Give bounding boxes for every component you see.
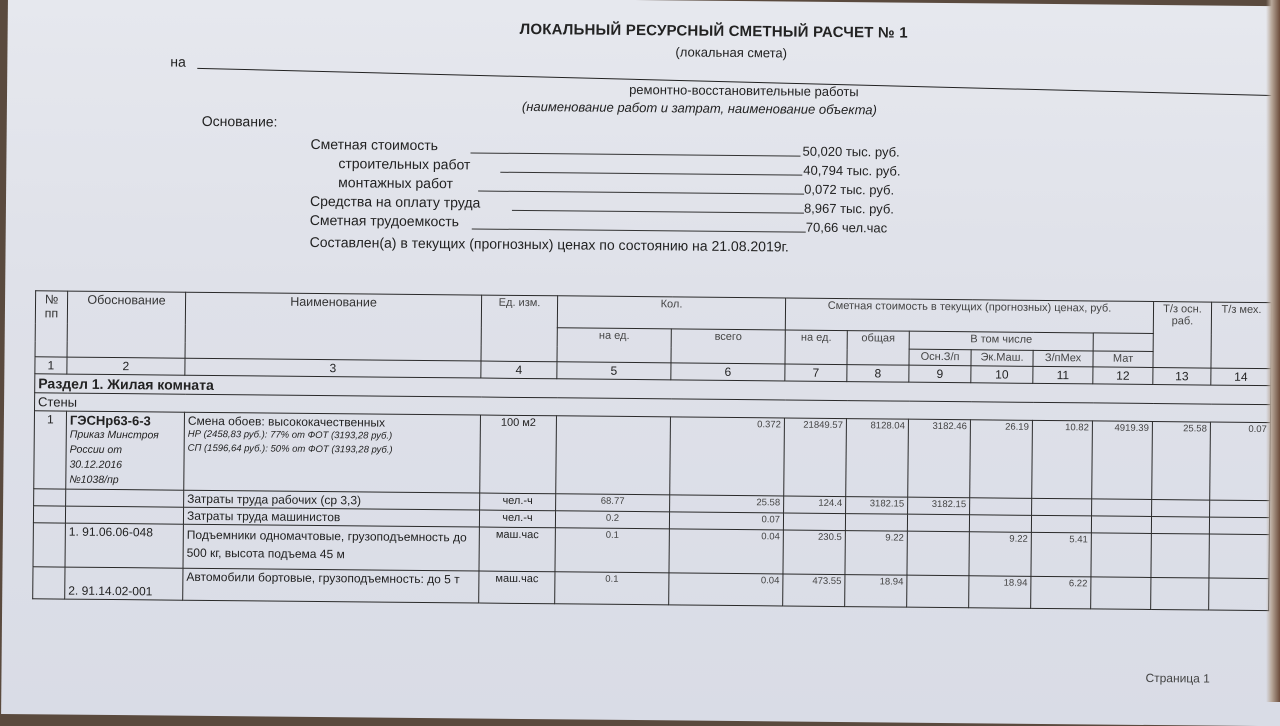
header-tz-mech: Т/з мех. bbox=[1211, 302, 1272, 369]
header-basis: Обоснование bbox=[67, 291, 186, 358]
column-number: 4 bbox=[481, 361, 557, 379]
summary-value: 50,020 тыс. руб. bbox=[802, 144, 899, 160]
column-number: 10 bbox=[971, 366, 1033, 384]
resource-ek-mash bbox=[969, 515, 1031, 533]
item-num: 1 bbox=[34, 411, 67, 489]
resource-tz-mech bbox=[1209, 534, 1269, 579]
resource-qty-total: 0.04 bbox=[669, 529, 783, 574]
resource-unit: маш.час bbox=[479, 571, 555, 604]
resource-tz-osn bbox=[1151, 517, 1209, 535]
item-basis: ГЭСНр63-6-3 Приказ Минстроя России от 30… bbox=[66, 411, 185, 490]
work-name: ремонтно-восстановительные работы bbox=[629, 82, 859, 99]
item-qty-total: 0.372 bbox=[670, 417, 785, 496]
item-tz-osn: 25.58 bbox=[1152, 422, 1211, 501]
work-caption: (наименование работ и затрат, наименован… bbox=[522, 99, 877, 117]
document-sheet: ЛОКАЛЬНЫЙ РЕСУРСНЫЙ СМЕТНЫЙ РАСЧЕТ № 1 (… bbox=[1, 0, 1280, 702]
item-code-note: №1038/пр bbox=[69, 473, 180, 489]
resource-qty-total: 0.07 bbox=[669, 512, 783, 530]
item-osn-zp: 3182.46 bbox=[908, 419, 971, 498]
item-tz-mech: 0.07 bbox=[1210, 422, 1271, 501]
item-code-note: 30.12.2016 bbox=[69, 458, 180, 474]
resource-cost-total: 9.22 bbox=[845, 531, 907, 576]
resource-zp-mech: 5.41 bbox=[1031, 532, 1091, 577]
na-label: на bbox=[170, 54, 186, 70]
header-mat: Мат bbox=[1093, 351, 1153, 368]
summary-label: монтажных работ bbox=[338, 174, 453, 191]
header-tz-osn: Т/з осн. раб. bbox=[1153, 302, 1212, 369]
resource-qty-per-unit: 0.2 bbox=[555, 511, 669, 529]
resource-code bbox=[65, 506, 183, 524]
resource-cost-total: 18.94 bbox=[845, 575, 907, 608]
resource-cost-total: 3182.15 bbox=[846, 497, 908, 515]
resource-unit: чел.-ч bbox=[480, 493, 556, 511]
resource-mat bbox=[1091, 577, 1151, 610]
column-number: 7 bbox=[785, 364, 847, 382]
resource-mat bbox=[1091, 516, 1151, 534]
document-subtitle: (локальная смета) bbox=[675, 44, 787, 60]
column-number: 12 bbox=[1093, 367, 1153, 385]
resource-qty-per-unit: 68.77 bbox=[556, 494, 670, 512]
resource-mat bbox=[1091, 533, 1151, 578]
item-zp-mech: 10.82 bbox=[1032, 420, 1093, 499]
item-cost-total: 8128.04 bbox=[846, 419, 909, 498]
compiled-note: Составлен(а) в текущих (прогнозных) цена… bbox=[310, 234, 789, 255]
empty-cell bbox=[33, 523, 65, 567]
item-ek-mash: 26.19 bbox=[970, 420, 1033, 499]
header-qty: Кол. bbox=[557, 296, 785, 330]
summary-underline bbox=[512, 210, 804, 214]
resource-osn-zp bbox=[907, 514, 969, 532]
header-num: № пп bbox=[35, 291, 68, 357]
summary-underline bbox=[478, 191, 804, 195]
empty-cell bbox=[33, 506, 65, 523]
resource-tz-osn bbox=[1151, 534, 1209, 579]
resource-cost-per-unit: 473.55 bbox=[783, 574, 845, 607]
resource-tz-osn bbox=[1152, 500, 1210, 518]
summary-value: 0,072 тыс. руб. bbox=[804, 182, 894, 198]
header-cost-per-unit: на ед. bbox=[785, 330, 847, 365]
summary-underline bbox=[470, 152, 800, 156]
item-code: ГЭСНр63-6-3 bbox=[70, 413, 181, 429]
header-cost-group: Сметная стоимость в текущих (прогнозных)… bbox=[785, 298, 1153, 334]
item-name-cell: Смена обоев: высококачественных НР (2458… bbox=[184, 412, 481, 493]
header-blank bbox=[1093, 333, 1153, 352]
resource-mat bbox=[1092, 499, 1152, 517]
resource-tz-osn bbox=[1151, 577, 1209, 610]
estimate-table: № пп Обоснование Наименование Ед. изм. К… bbox=[32, 290, 1272, 611]
resource-code: 1. 91.06.06-048 bbox=[65, 523, 183, 568]
photo-edge-shadow bbox=[1266, 0, 1280, 702]
column-number: 6 bbox=[671, 363, 785, 381]
resource-code: 2. 91.14.02-001 bbox=[65, 567, 183, 600]
summary-underline bbox=[500, 172, 802, 176]
resource-name: Подъемники одномачтовые, грузоподъемност… bbox=[183, 524, 479, 571]
resource-cost-per-unit: 124.4 bbox=[784, 496, 846, 514]
resource-cost-per-unit: 230.5 bbox=[783, 530, 845, 575]
empty-cell bbox=[33, 567, 65, 599]
resource-tz-mech bbox=[1210, 500, 1270, 518]
summary-label: строительных работ bbox=[338, 155, 470, 172]
basis-label: Основание: bbox=[202, 113, 278, 130]
resource-qty-total: 25.58 bbox=[670, 495, 784, 513]
resource-ek-mash: 18.94 bbox=[969, 576, 1031, 609]
summary-label: Сметная трудоемкость bbox=[310, 212, 459, 229]
header-osn-zp: Осн.З/п bbox=[909, 349, 971, 366]
resource-cost-total bbox=[845, 514, 907, 532]
resource-ek-mash bbox=[970, 498, 1032, 516]
item-code-note: России от bbox=[70, 443, 181, 459]
item-qty-per-unit bbox=[556, 416, 671, 495]
resource-zp-mech bbox=[1031, 515, 1091, 533]
item-cost-per-unit: 21849.57 bbox=[784, 418, 847, 497]
page-number: Страница 1 bbox=[1145, 671, 1210, 686]
resource-osn-zp bbox=[907, 575, 969, 608]
summary-value: 8,967 тыс. руб. bbox=[804, 201, 894, 217]
resource-tz-mech bbox=[1209, 578, 1269, 611]
resource-osn-zp bbox=[907, 531, 969, 576]
header-qty-total: всего bbox=[671, 329, 785, 364]
resource-ek-mash: 9.22 bbox=[969, 532, 1031, 577]
empty-cell bbox=[34, 489, 66, 506]
resource-zp-mech bbox=[1032, 498, 1092, 516]
column-number: 14 bbox=[1211, 368, 1271, 386]
header-qty-per-unit: на ед. bbox=[557, 328, 671, 363]
header-name: Наименование bbox=[185, 292, 482, 361]
resource-zp-mech: 6.22 bbox=[1031, 576, 1091, 609]
item-mat: 4919.39 bbox=[1092, 421, 1153, 500]
summary-label: Сметная стоимость bbox=[310, 136, 438, 153]
item-profit-note: СП (1596,64 руб.): 50% от ФОТ (3193,28 р… bbox=[188, 442, 477, 459]
header-cost-total: общая bbox=[847, 331, 909, 366]
summary-value: 40,794 тыс. руб. bbox=[803, 163, 900, 179]
column-number: 11 bbox=[1033, 366, 1093, 384]
header-including: В том числе bbox=[909, 331, 1093, 351]
resource-code bbox=[66, 489, 184, 507]
summary-label: Средства на оплату труда bbox=[310, 193, 480, 211]
column-number: 8 bbox=[847, 365, 909, 383]
document-title: ЛОКАЛЬНЫЙ РЕСУРСНЫЙ СМЕТНЫЙ РАСЧЕТ № 1 bbox=[520, 21, 908, 42]
resource-tz-mech bbox=[1209, 517, 1269, 535]
column-number: 1 bbox=[35, 357, 67, 374]
column-number: 5 bbox=[557, 362, 671, 380]
header-zp-mech: З/пМех bbox=[1033, 350, 1093, 367]
column-number: 13 bbox=[1153, 368, 1211, 386]
summary-underline bbox=[472, 228, 806, 232]
resource-qty-total: 0.04 bbox=[669, 573, 783, 606]
resource-unit: маш.час bbox=[479, 527, 555, 572]
resource-cost-per-unit bbox=[783, 513, 845, 531]
table-row-item-1: 1 ГЭСНр63-6-3 Приказ Минстроя России от … bbox=[34, 411, 1271, 501]
resource-unit: чел.-ч bbox=[479, 510, 555, 528]
resource-qty-per-unit: 0.1 bbox=[555, 528, 669, 573]
resource-name: Автомобили бортовые, грузоподъемность: д… bbox=[183, 568, 479, 603]
header-unit: Ед. изм. bbox=[481, 295, 558, 362]
column-number: 9 bbox=[909, 365, 971, 383]
column-number: 2 bbox=[67, 357, 185, 375]
header-ek-mash: Эк.Маш. bbox=[971, 350, 1033, 367]
item-unit: 100 м2 bbox=[480, 415, 557, 494]
resource-osn-zp: 3182.15 bbox=[908, 497, 970, 515]
item-code-note: Приказ Минстроя bbox=[70, 428, 181, 444]
summary-value: 70,66 чел.час bbox=[806, 220, 888, 236]
resource-qty-per-unit: 0.1 bbox=[555, 572, 669, 605]
